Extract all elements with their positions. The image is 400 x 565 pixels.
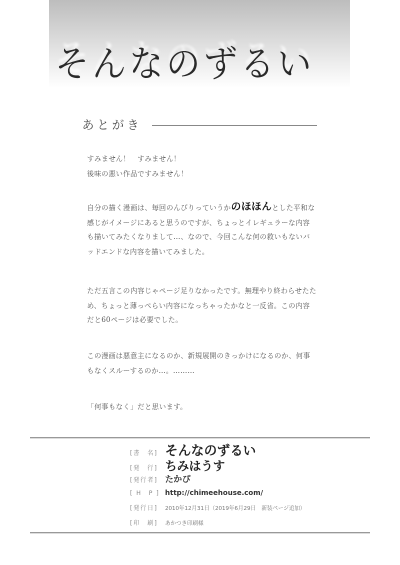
- paragraph-5: 「何事もなく」だと思います。: [87, 400, 317, 415]
- colophon-label: [発 行]: [130, 463, 165, 472]
- afterword-heading: あとがき: [82, 116, 317, 133]
- paragraph-2: 自分の描く漫画は、毎回のんびりっていうかのほほんとした平和な感じがイメージにある…: [87, 201, 317, 259]
- paragraph-1: すみません！ すみません！ 後味の悪い作品ですみません！: [87, 152, 317, 181]
- colophon-row-publisher: [発 行] ちみはうす: [130, 457, 370, 473]
- colophon-label: [印 刷]: [130, 518, 165, 527]
- paragraph-text: ただ五言この内容じゃページ足りなかったです。無理やり終わらせたため、ちょっと薄っ…: [87, 284, 317, 328]
- colophon-bottom-rule: [30, 532, 370, 533]
- colophon-value: たかぴ: [165, 473, 191, 485]
- colophon-top-rule: [30, 437, 370, 438]
- heading-rule: [152, 125, 317, 126]
- paragraph-line: すみません！ すみません！: [87, 152, 317, 167]
- colophon-row-date: [発行日] 2010年12月31日（2019年6月29日 新装ページ追加）: [130, 503, 370, 518]
- paragraph-text: 自分の描く漫画は、毎回のんびりっていうか: [87, 204, 231, 212]
- colophon: [書 名] そんなのずるい [発 行] ちみはうす [発行者] たかぴ [ H …: [130, 440, 370, 533]
- colophon-label: [書 名]: [130, 448, 165, 457]
- paragraph-4: この漫画は悪意主になるのか、新規展開のきっかけになるのか、何事もなくスルーするの…: [87, 349, 317, 378]
- colophon-label: [発行者]: [130, 475, 165, 484]
- colophon-row-issuer: [発行者] たかぴ: [130, 473, 370, 488]
- colophon-label: [発行日]: [130, 503, 165, 512]
- paragraph-text: この漫画は悪意主になるのか、新規展開のきっかけになるのか、何事もなくスルーするの…: [87, 349, 317, 378]
- colophon-value: あかつき印刷様: [165, 519, 204, 527]
- homepage-link[interactable]: http://chimeehouse.com/: [165, 489, 263, 497]
- colophon-row-printer: [印 刷] あかつき印刷様: [130, 518, 370, 533]
- afterword-label: あとがき: [82, 116, 142, 133]
- paragraph-text: 「何事もなく」だと思います。: [87, 400, 317, 415]
- colophon-value: ちみはうす: [165, 457, 225, 474]
- colophon-row-homepage: [ H P ] http://chimeehouse.com/: [130, 488, 370, 503]
- paragraph-3: ただ五言この内容じゃページ足りなかったです。無理やり終わらせたため、ちょっと薄っ…: [87, 284, 317, 328]
- colophon-label: [ H P ]: [130, 488, 165, 497]
- emphasis-text: のほほん: [231, 202, 272, 213]
- colophon-row-title: [書 名] そんなのずるい: [130, 440, 370, 457]
- colophon-value: 2010年12月31日（2019年6月29日 新装ページ追加）: [165, 504, 305, 512]
- paragraph-line: 後味の悪い作品ですみません！: [87, 167, 317, 182]
- book-title: そんなのずるい: [55, 36, 331, 87]
